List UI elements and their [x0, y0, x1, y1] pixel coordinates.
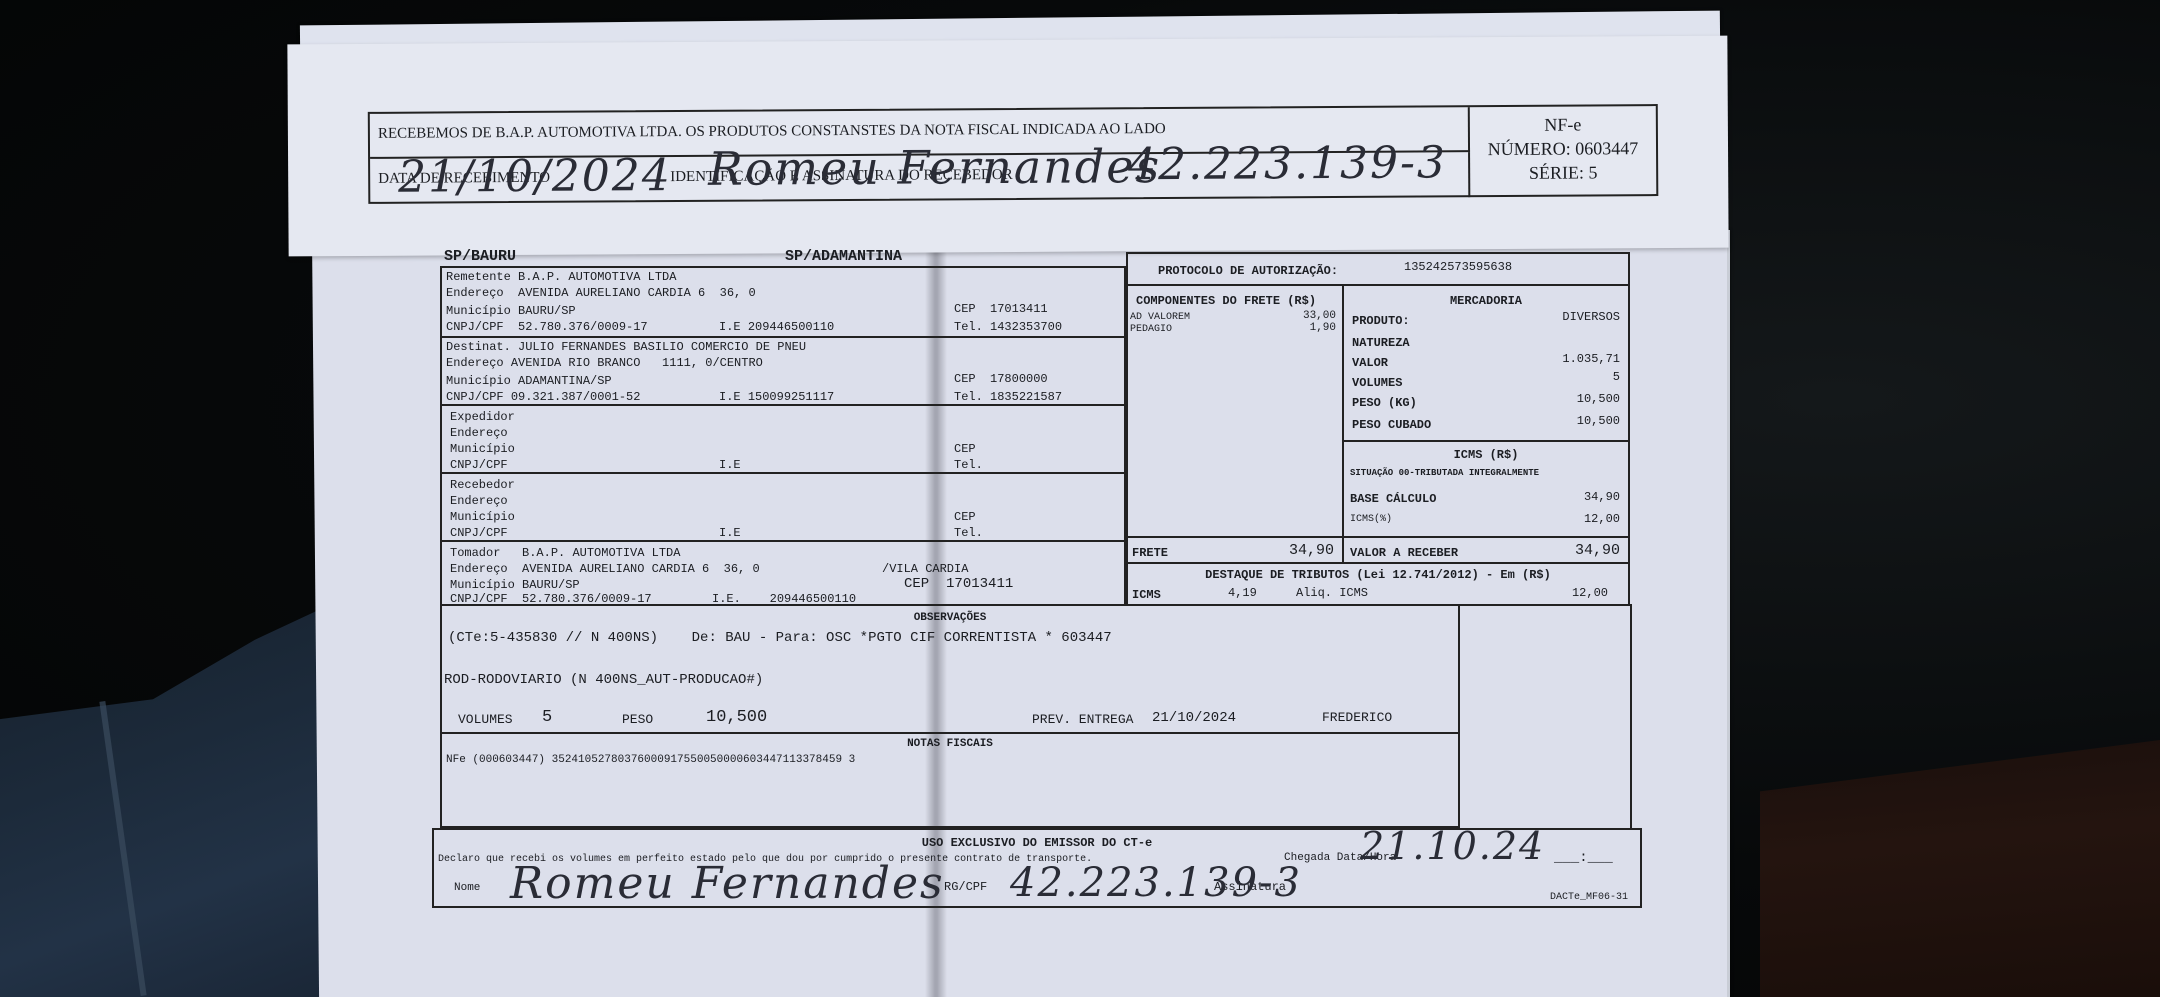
- icms-aliq-value: 12,00: [1584, 512, 1620, 526]
- valor-receber-box: VALOR A RECEBER 34,90: [1342, 536, 1630, 564]
- rg-label: RG/CPF: [944, 880, 987, 894]
- receipt-stub: RECEBEMOS DE B.A.P. AUTOMOTIVA LTDA. OS …: [287, 36, 1728, 257]
- icms-situacao: SITUAÇÃO 00-TRIBUTADA INTEGRALMENTE: [1350, 468, 1539, 478]
- tributos-icms-value: 4,19: [1228, 586, 1257, 600]
- destinatario-box: Destinat. JULIO FERNANDES BASILIO COMERC…: [440, 336, 1126, 406]
- recebedor-box: Recebedor Endereço Município CNPJ/CPF I.…: [440, 472, 1126, 542]
- remetente-ie: 209446500110: [748, 320, 834, 334]
- tomador-name: B.A.P. AUTOMOTIVA LTDA: [522, 546, 680, 560]
- handwritten-footer-rg: 42.223.139-3: [1010, 860, 1302, 906]
- form-code: DACTe_MF06-31: [1550, 892, 1628, 903]
- obs-volumes-value: 5: [542, 708, 552, 727]
- tributos-box: DESTAQUE DE TRIBUTOS (Lei 12.741/2012) -…: [1126, 562, 1630, 606]
- icms-box: ICMS (R$) SITUAÇÃO 00-TRIBUTADA INTEGRAL…: [1342, 440, 1630, 538]
- recebedor-label: Recebedor: [450, 478, 515, 492]
- obs-peso-value: 10,500: [706, 708, 767, 727]
- remetente-name: B.A.P. AUTOMOTIVA LTDA: [518, 270, 676, 284]
- observacoes-title: OBSERVAÇÕES: [442, 612, 1458, 624]
- mercadoria-title: MERCADORIA: [1344, 294, 1628, 308]
- remetente-address: AVENIDA AURELIANO CARDIA 6 36, 0: [518, 286, 756, 300]
- valor-receber-value: 34,90: [1575, 542, 1620, 559]
- frete-value: 34,90: [1289, 542, 1334, 559]
- blank-box: [1458, 604, 1632, 830]
- peso-cubado-value: 10,500: [1577, 414, 1620, 428]
- nfe-box: NF-e NÚMERO: 0603447 SÉRIE: 5: [1470, 106, 1657, 195]
- destinatario-city: ADAMANTINA/SP: [518, 374, 612, 388]
- destinatario-address: AVENIDA RIO BRANCO 1111, 0/CENTRO: [511, 356, 763, 370]
- component-value: 1,90: [1310, 322, 1336, 334]
- componentes-box: COMPONENTES DO FRETE (R$) AD VALOREM 33,…: [1126, 284, 1344, 538]
- protocol-label: PROTOCOLO DE AUTORIZAÇÃO:: [1158, 264, 1338, 278]
- component-label: AD VALOREM: [1130, 312, 1190, 323]
- peso-value: 10,500: [1577, 392, 1620, 406]
- background-table: [1760, 740, 2160, 997]
- protocol-box: PROTOCOLO DE AUTORIZAÇÃO: 13524257359563…: [1126, 252, 1630, 286]
- notas-title: NOTAS FISCAIS: [442, 738, 1458, 750]
- nfe-series: SÉRIE: 5: [1470, 160, 1656, 185]
- prev-entrega-value: 21/10/2024: [1152, 710, 1236, 726]
- name-label: Nome: [454, 882, 480, 894]
- notas-fiscais-box: NOTAS FISCAIS NFe (000603447) 3524105278…: [440, 732, 1460, 828]
- valor-value: 1.035,71: [1562, 352, 1620, 366]
- destinatario-cep: 17800000: [990, 372, 1048, 386]
- icms-title: ICMS (R$): [1344, 448, 1628, 462]
- nfe-key-line: NFe (000603447) 352410527803760009175500…: [446, 754, 855, 766]
- route-origin: SP/BAURU: [444, 248, 516, 265]
- receipt-text: RECEBEMOS DE B.A.P. AUTOMOTIVA LTDA. OS …: [378, 121, 1166, 142]
- remetente-box: Remetente B.A.P. AUTOMOTIVA LTDA Endereç…: [440, 266, 1126, 338]
- background-jeans: [0, 600, 340, 997]
- observacoes-line2: ROD-RODOVIARIO (N 400NS_AUT-PRODUCAO#): [444, 672, 763, 688]
- handwritten-receipt-date: 21/10/2024: [398, 150, 672, 203]
- remetente-city: BAURU/SP: [518, 304, 576, 318]
- handwritten-footer-name: Romeu Fernandes: [510, 858, 945, 909]
- expedidor-label: Expedidor: [450, 410, 515, 424]
- nfe-number: NÚMERO: 0603447: [1470, 136, 1656, 161]
- destinatario-cnpj: 09.321.387/0001-52: [511, 390, 641, 404]
- component-label: PEDAGIO: [1130, 324, 1172, 335]
- handwritten-receipt-signature: Romeu Fernandes: [708, 139, 1161, 196]
- remetente-tel: 1432353700: [990, 320, 1062, 334]
- route-destination: SP/ADAMANTINA: [785, 248, 902, 265]
- tomador-box: Tomador B.A.P. AUTOMOTIVA LTDA Endereço …: [440, 540, 1126, 606]
- tomador-city: BAURU/SP: [522, 578, 580, 592]
- destinatario-tel: 1835221587: [990, 390, 1062, 404]
- icms-base-value: 34,90: [1584, 490, 1620, 504]
- tomador-address: AVENIDA AURELIANO CARDIA 6 36, 0: [522, 562, 760, 576]
- handwritten-arrival-date: 21.10.24: [1360, 824, 1545, 868]
- nfe-title: NF-e: [1470, 112, 1656, 137]
- tomador-cep: 17013411: [946, 576, 1013, 592]
- component-value: 33,00: [1303, 310, 1336, 322]
- componentes-title: COMPONENTES DO FRETE (R$): [1136, 294, 1316, 308]
- driver-name: FREDERICO: [1322, 710, 1392, 725]
- tributos-title: DESTAQUE DE TRIBUTOS (Lei 12.741/2012) -…: [1128, 568, 1628, 582]
- frete-box: FRETE 34,90: [1126, 536, 1344, 564]
- tributos-aliq-value: 12,00: [1572, 586, 1608, 600]
- produto-value: DIVERSOS: [1562, 310, 1620, 324]
- expedidor-box: Expedidor Endereço Município CNPJ/CPF I.…: [440, 404, 1126, 474]
- tomador-district: /VILA CARDIA: [882, 562, 968, 576]
- observacoes-box: OBSERVAÇÕES (CTe:5-435830 // N 400NS) De…: [440, 604, 1460, 734]
- destinatario-name: JULIO FERNANDES BASILIO COMERCIO DE PNEU: [518, 340, 806, 354]
- arrival-time-blank: ___:___: [1554, 850, 1613, 866]
- mercadoria-box: MERCADORIA PRODUTO: DIVERSOS NATUREZA VA…: [1342, 284, 1630, 442]
- protocol-value: 135242573595638: [1404, 260, 1512, 274]
- remetente-cep: 17013411: [990, 302, 1048, 316]
- remetente-cnpj: 52.780.376/0009-17: [518, 320, 648, 334]
- observacoes-line1: (CTe:5-435830 // N 400NS) De: BAU - Para…: [448, 630, 1112, 646]
- handwritten-receipt-rg: 42.223.139-3: [1128, 137, 1447, 190]
- volumes-value: 5: [1613, 370, 1620, 384]
- destinatario-ie: 150099251117: [748, 390, 834, 404]
